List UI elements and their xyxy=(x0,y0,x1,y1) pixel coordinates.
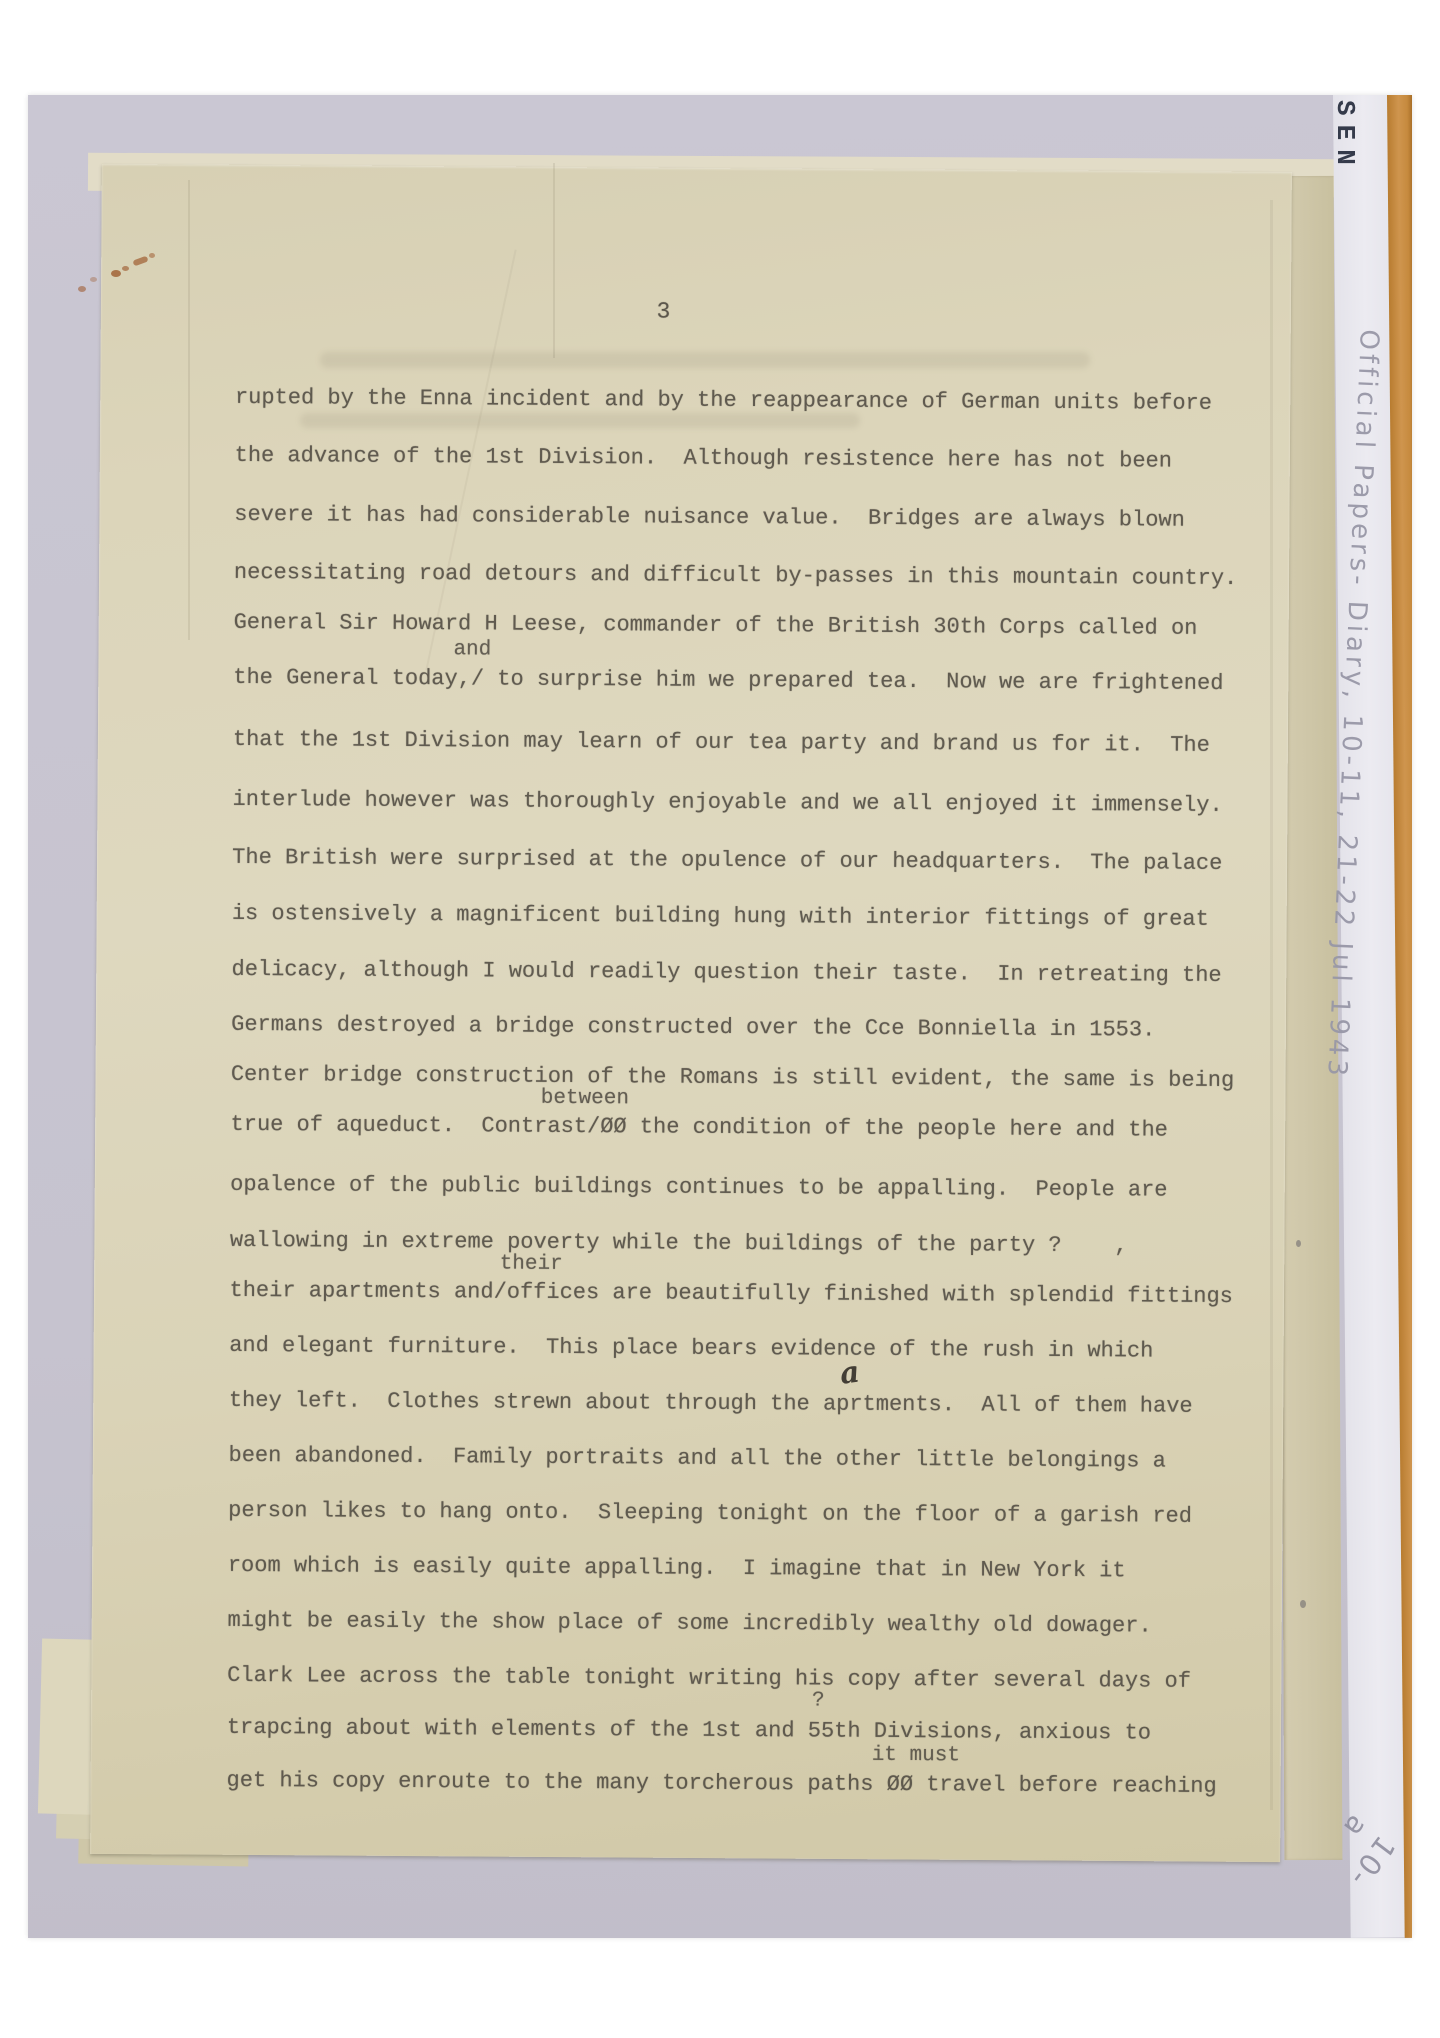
ink-smudge xyxy=(320,352,1090,368)
rust-stain xyxy=(149,253,155,258)
paper-crease xyxy=(188,180,190,640)
paper-crease xyxy=(553,163,555,358)
pencil-speck xyxy=(1300,1600,1306,1608)
paper-crease xyxy=(1270,200,1273,1810)
rust-stain xyxy=(90,277,97,282)
document-photograph xyxy=(28,95,1412,1938)
scanned-document-page: 3 rupted by the Enna incident and by the… xyxy=(0,0,1440,2038)
ink-smudge xyxy=(300,413,860,428)
rust-stain xyxy=(122,266,129,271)
rust-stain xyxy=(78,286,86,292)
pencil-speck xyxy=(1296,1240,1301,1247)
typewritten-lines: rupted by the Enna incident and by the r… xyxy=(2,0,1440,7)
typed-insertions: andbetweentheira?it must xyxy=(2,0,1440,7)
rust-stain xyxy=(111,270,121,277)
